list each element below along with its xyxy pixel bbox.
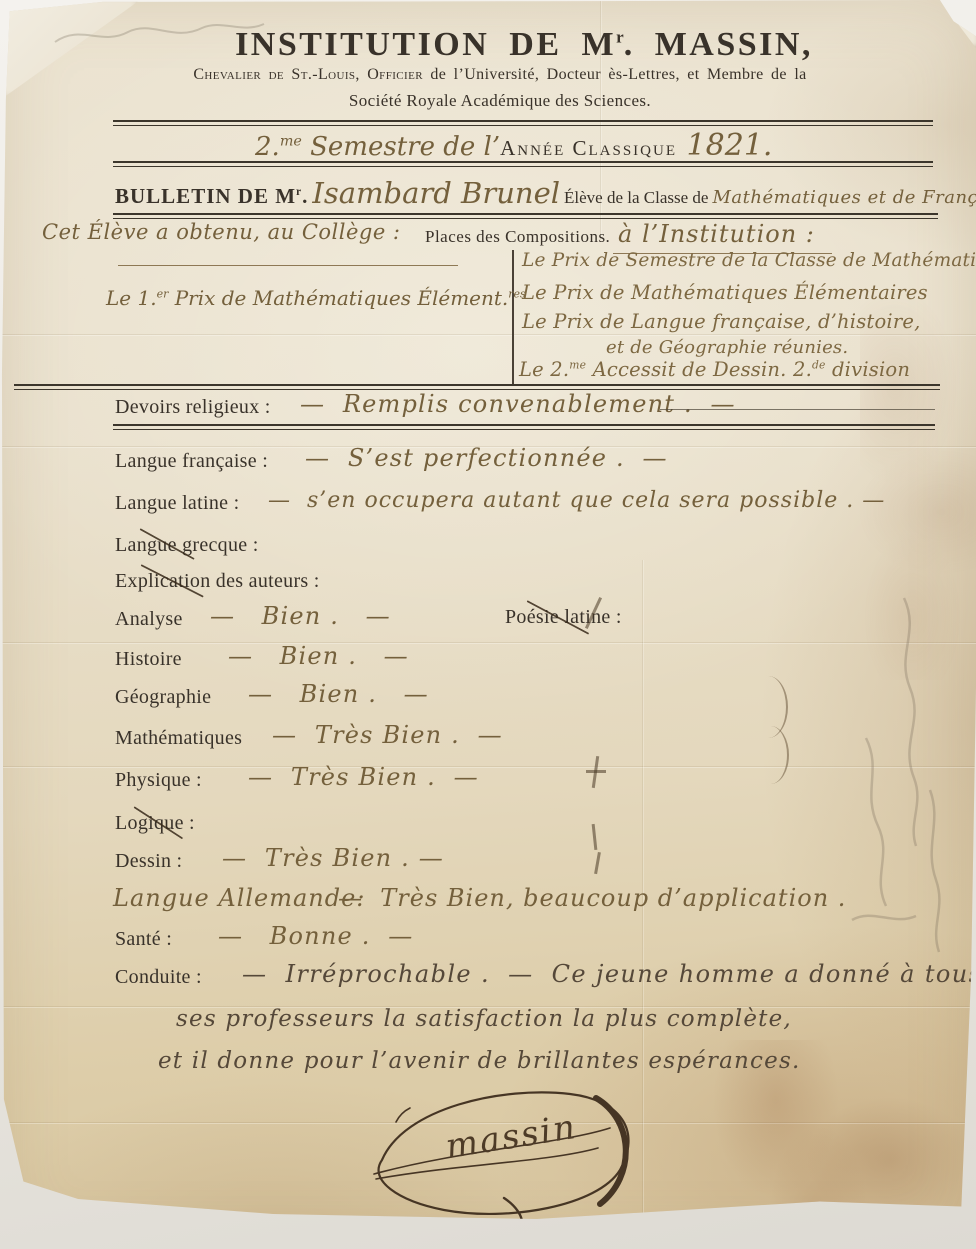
placements-heading: Places des Compositions. (425, 227, 610, 247)
document-title: INSTITUTION DE Mr. MASSIN, (113, 26, 935, 64)
subject-value-geographie: — Bien . — (248, 680, 429, 708)
title-text: INSTITUTION DE M (235, 26, 616, 63)
stray-pen-mark (592, 824, 597, 850)
subject-label-explication-auteurs: Explication des auteurs : (115, 570, 320, 593)
title-superscript: r (616, 28, 624, 47)
subject-label-conduite: Conduite : (115, 966, 202, 989)
class-name: Mathématiques et de Français. (712, 187, 976, 208)
semester-handwritten: 2.me Semestre de l’ (255, 132, 500, 162)
institution-prize: Le Prix de Langue française, d’histoire, (522, 310, 921, 333)
subject-value-devoirs-religieux: — Remplis convenablement . — (300, 390, 736, 418)
document-subtitle: Chevalier de St.-Louis, Officier de l’Un… (60, 66, 940, 84)
subject-label-histoire: Histoire (115, 648, 182, 671)
institution-prize: et de Géographie réunies. (606, 337, 848, 358)
horizontal-rule (113, 161, 933, 167)
bulletin-printed: BULLETIN DE Mr. (115, 184, 308, 208)
subject-label-physique: Physique : (115, 769, 202, 792)
subject-label-langue-latine: Langue latine : (115, 492, 239, 515)
subject-label-poesie-latine: Poésie latine : (505, 606, 622, 629)
subject-label-langue-allemande: Langue Allemande: (113, 884, 365, 912)
subject-value-sante: — Bonne . — (218, 922, 413, 950)
subject-label-langue-francaise: Langue française : (115, 450, 268, 473)
horizontal-rule (660, 409, 935, 410)
massin-signature: massin (352, 1082, 682, 1242)
subject-label-devoirs-religieux: Devoirs religieux : (115, 396, 271, 419)
student-name: Isambard Brunel (312, 176, 560, 210)
institution-prize-accessit: Le 2.me Accessit de Dessin. 2.de divisio… (519, 358, 910, 381)
bulletin-printed-mid: Élève de la Classe de (564, 188, 708, 207)
subject-label-geographie: Géographie (115, 686, 211, 709)
subject-label-dessin: Dessin : (115, 850, 182, 873)
paper-crease (0, 642, 976, 643)
subject-label-sante: Santé : (115, 928, 172, 951)
horizontal-rule (113, 120, 933, 126)
signature-text: massin (443, 1107, 580, 1167)
subject-value-mathematiques: — Très Bien . — (272, 721, 503, 749)
college-prize: Le 1.er Prix de Mathématiques Élément.re… (106, 286, 526, 310)
semester-year: 1821. (677, 128, 772, 163)
college-heading: Cet Élève a obtenu, au Collège : (42, 220, 401, 244)
horizontal-rule (113, 213, 938, 219)
hand-underline (118, 265, 458, 266)
horizontal-rule (113, 424, 935, 430)
subject-label-analyse: Analyse (115, 608, 183, 631)
subject-value-langue-francaise: — S’est perfectionnée . — (305, 444, 668, 472)
folded-corner-top-right (936, 0, 976, 48)
subtitle-rest: de l’Université, Docteur ès-Lettres, et … (423, 66, 807, 83)
institution-prize: Le Prix de Mathématiques Élémentaires (522, 281, 928, 304)
title-text-end: . MASSIN, (624, 26, 813, 63)
document-subtitle-line2: Société Royale Académique des Sciences. (60, 91, 940, 111)
stray-pen-mark (594, 852, 600, 874)
subject-value-dessin: — Très Bien . — (222, 844, 444, 872)
paper-crease (0, 334, 976, 335)
subject-label-logique: Logique : (115, 812, 195, 835)
bulletin-line: BULLETIN DE Mr. Isambard Brunel Élève de… (115, 176, 976, 210)
ink-bleedthrough (842, 590, 970, 970)
subject-value-histoire: — Bien . — (228, 642, 409, 670)
subject-value-analyse: — Bien . — (210, 602, 391, 630)
institution-prize: Le Prix de Semestre de la Classe de Math… (522, 250, 976, 271)
institution-heading: à l’Institution : (618, 220, 815, 248)
subtitle-smallcaps: Chevalier de St.-Louis, Officier (193, 66, 423, 83)
paper-crease (0, 766, 976, 767)
subject-value-physique: — Très Bien . — (248, 763, 479, 791)
paper-sheet: INSTITUTION DE Mr. MASSIN, Chevalier de … (0, 0, 976, 1249)
subject-label-mathematiques: Mathématiques (115, 727, 242, 750)
stray-pen-mark (586, 770, 606, 773)
semester-printed: Année Classique (500, 136, 677, 160)
photograph-of-report-card: { "colors": { "paper": "#e9e0cc", "paper… (0, 0, 976, 1249)
conduite-continuation: et il donne pour l’avenir de brillantes … (158, 1048, 800, 1074)
stray-pen-mark (763, 726, 789, 784)
subject-value-langue-latine: — s’en occupera autant que cela sera pos… (268, 488, 885, 513)
semester-line: 2.me Semestre de l’Année Classique 1821. (255, 128, 772, 163)
column-divider (512, 250, 514, 384)
subject-value-langue-allemande: — Très Bien, beaucoup d’application . (338, 884, 846, 912)
horizontal-rule (14, 384, 940, 390)
conduite-continuation: ses professeurs la satisfaction la plus … (176, 1006, 792, 1032)
